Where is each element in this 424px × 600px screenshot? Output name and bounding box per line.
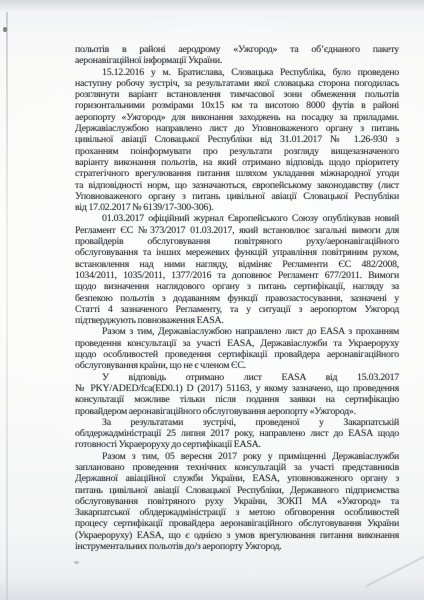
text-block: польотів в районі аеродрому «Ужгород» та… [75,44,399,552]
scanned-document-page: польотів в районі аеродрому «Ужгород» та… [0,0,424,600]
text-line: Разом з тим, 05 вересня 2017 року у прим… [75,451,399,462]
text-line: обслуговування країни, що не є членом ЄС… [75,360,399,371]
text-line: варіанту виконання польотів, на який отр… [75,157,399,168]
text-line: За результатами зустрічі, проведеної у З… [75,417,399,428]
text-line: аеронавігаційної інформації України. [75,55,399,66]
text-line: питань цивільної авіації Словацької Респ… [75,485,399,496]
text-line: Закарпатської облдержадміністрації з мет… [75,507,399,518]
text-line: заплановано проведення технічних консуль… [75,462,399,473]
text-line: обслуговування та інших мережевих функці… [75,247,399,258]
text-line: (Украероруху) EASA, що є однією з умов в… [75,530,399,541]
text-line: проведення консультації за участі EASA, … [75,338,399,349]
text-line: процесу сертифікації провайдера аеронаві… [75,518,399,529]
text-line: У відповідь отримано лист EASA від 15.03… [75,372,399,383]
paragraph: За результатами зустрічі, проведеної у З… [75,417,399,451]
text-line: проханням поінформувати про результати р… [75,146,399,157]
paragraph: Разом з тим, Державіаслужбою направлено … [75,326,399,371]
text-line: від 17.02.2017 № 6139/17-300-306). [75,202,399,213]
text-line: 1034/2011, 1035/2011, 1377/2016 та допов… [75,270,399,281]
text-line: Статті 4 зазначеного Регламенту, та у си… [75,304,399,315]
text-line: провайдерів обслуговування повітряного р… [75,236,399,247]
paragraph: 15.12.2016 у м. Братислава, Словацька Ре… [75,67,399,214]
text-line: наступну робочу зустріч, за результатами… [75,78,399,89]
text-line: польотів в районі аеродрому «Ужгород» та… [75,44,399,55]
text-line: провайдером аеронавігаційного обслуговув… [75,406,399,417]
text-line: розглянути варіант встановлення тимчасов… [75,89,399,100]
text-line: інструментальних польотів до/з аеропорту… [75,541,399,552]
text-line: облдержадміністрації 25 липня 2017 року,… [75,428,399,439]
scan-artifact-speck [74,561,79,564]
text-line: щодо особливостей проведення сертифікаці… [75,349,399,360]
paragraph: польотів в районі аеродрому «Ужгород» та… [75,44,399,67]
paragraph: У відповідь отримано лист EASA від 15.03… [75,372,399,417]
paragraph: 01.03.2017 офіційний журнал Європейськог… [75,213,399,326]
text-line: Державної авіаційної служби України, EAS… [75,473,399,484]
text-line: Державіаслужбою направлено лист до Уповн… [75,123,399,134]
scan-artifact-top-band [0,0,424,11]
scan-artifact-edge-line [6,12,8,600]
text-line: Уповноваженого органу з питань цивільної… [75,191,399,202]
paragraph: Разом з тим, 05 вересня 2017 року у прим… [75,451,399,553]
scan-artifact-bottom-shade [0,576,424,600]
text-line: цивільної авіації Словацької Республіки … [75,134,399,145]
text-line: № PKY/ADED/fca(ED0.1) D (2017) 51163, у … [75,383,399,394]
text-line: обслуговування повітряного руху України,… [75,496,399,507]
text-line: консультації можливе тільки після поданн… [75,394,399,405]
text-line: 15.12.2016 у м. Братислава, Словацька Ре… [75,67,399,78]
text-line: Регламент ЄС №373/2017 01.03.2017, який … [75,225,399,236]
text-line: аеропорту «Ужгород» для виконання заходж… [75,112,399,123]
text-line: стратегічного врегулювання питання шляхо… [75,168,399,179]
text-line: та відповідності норм, що зазначаються, … [75,180,399,191]
text-line: підтверджують повноваження EASA. [75,315,399,326]
text-line: готовності Украероруху до сертифікації E… [75,439,399,450]
text-line: безпекою польотів з додаванням функції п… [75,293,399,304]
text-line: горизонтальними розмірами 10х15 км та ви… [75,100,399,111]
text-line: 01.03.2017 офіційний журнал Європейськог… [75,213,399,224]
text-line: Разом з тим, Державіаслужбою направлено … [75,326,399,337]
scan-artifact-speck [3,27,7,32]
text-line: встановлення над ними нагляду, відміняє … [75,259,399,270]
text-line: щодо визначення наглядового органу з пит… [75,281,399,292]
